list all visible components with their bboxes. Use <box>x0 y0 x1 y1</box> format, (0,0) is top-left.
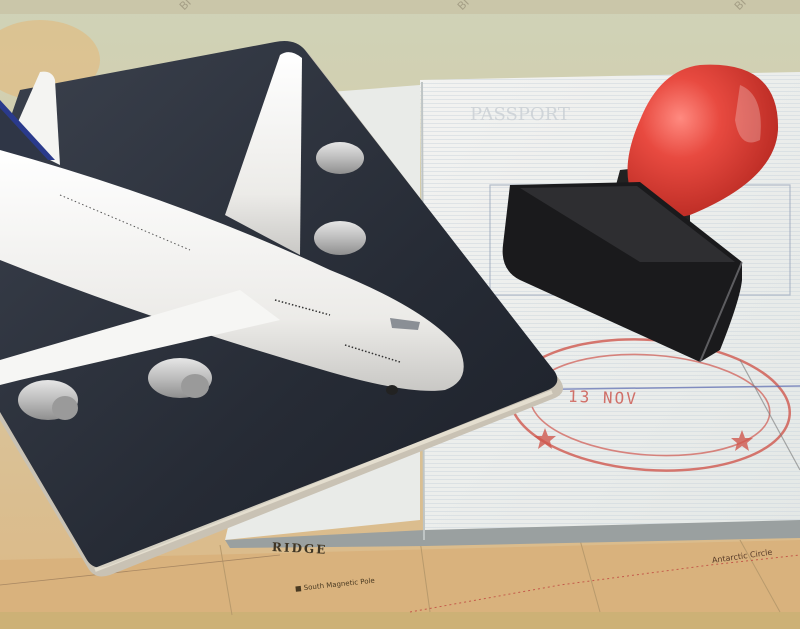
svg-text:PASSPORT: PASSPORT <box>470 104 570 125</box>
photo-scene: PASSPORT <box>0 0 800 629</box>
photo-illustration: PASSPORT <box>0 0 800 629</box>
map-label-ridge: RIDGE <box>272 540 328 557</box>
stamp-date-text: 13 NOV <box>568 387 638 408</box>
